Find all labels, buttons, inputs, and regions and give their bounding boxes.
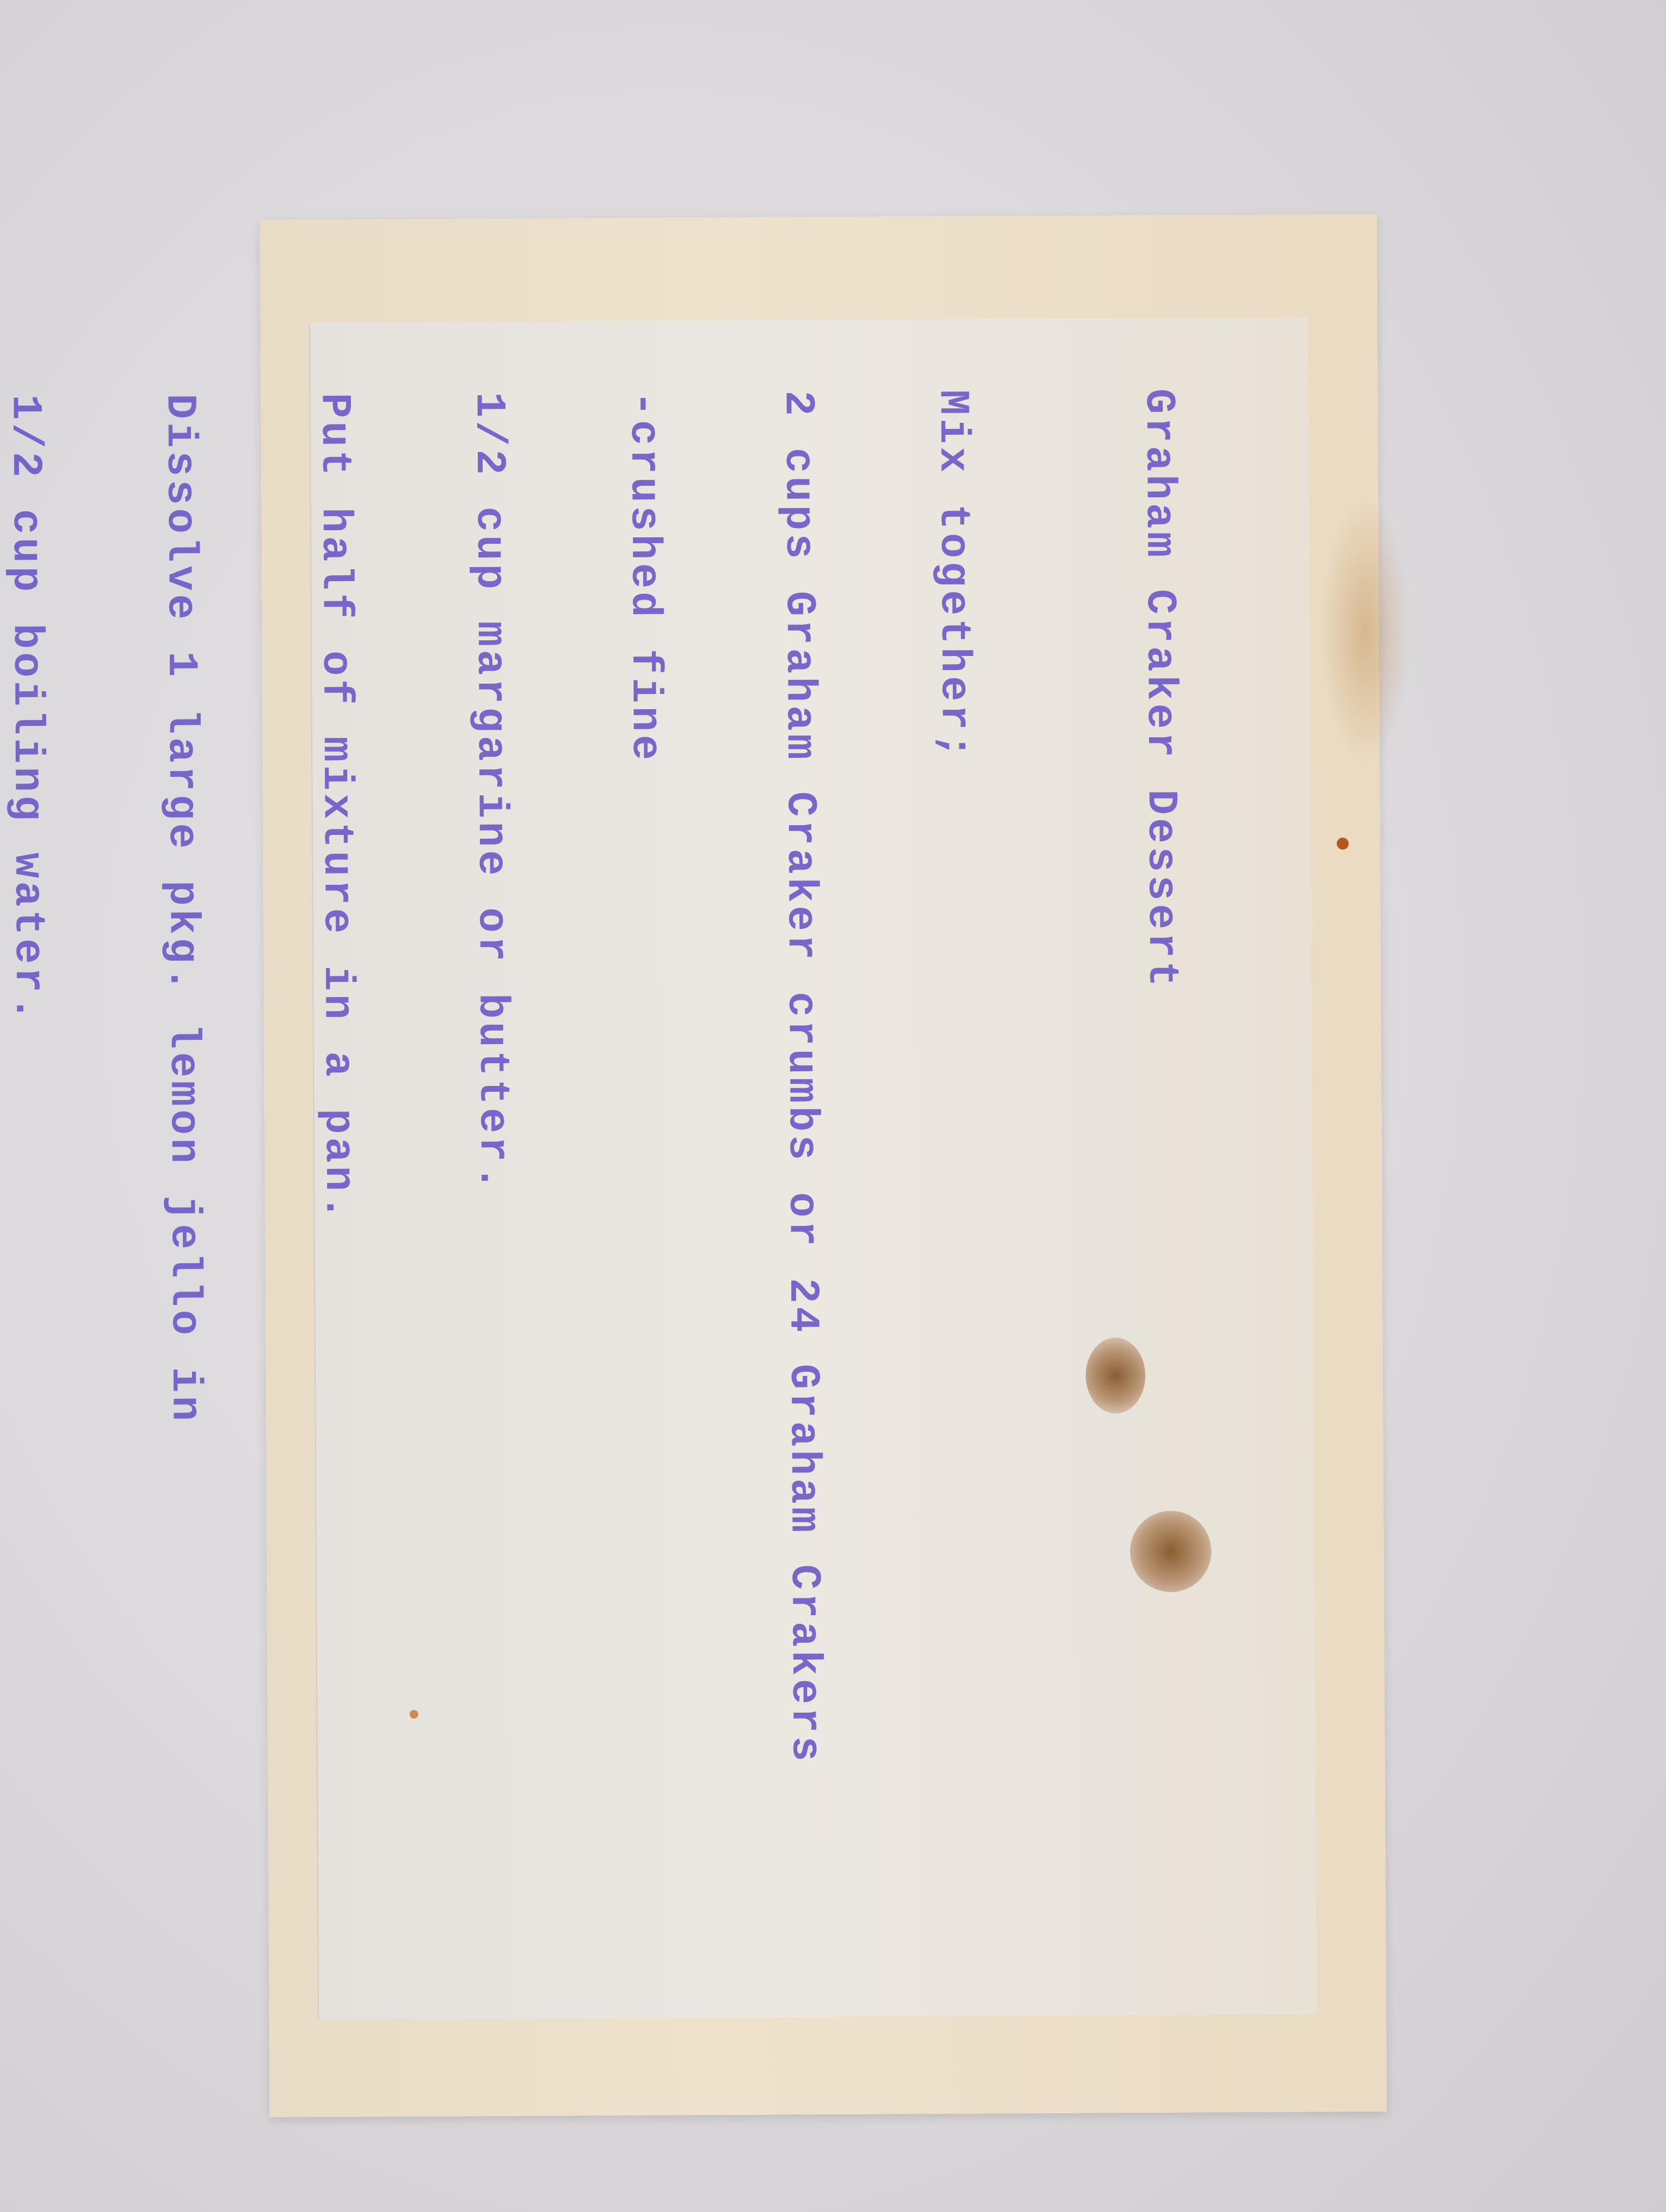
recipe-line: Put half of mixture in a pan. (308, 393, 368, 2100)
recipe-line: -crushed fine (617, 391, 677, 2099)
recipe-line: 1/2 cup margarine or butter. (463, 392, 523, 2100)
recipe-line: Mix together; (926, 389, 986, 2097)
typed-paper-slip: Graham Craker Dessert Mix together; 2 cu… (309, 317, 1317, 2020)
water-stain (1319, 496, 1413, 767)
recipe-line: 2 cups Graham Craker crumbs or 24 Graham… (772, 390, 832, 2098)
recipe-line: 1/2 cup boiling water. (0, 394, 59, 2102)
recipe-text: Graham Craker Dessert Mix together; 2 cu… (365, 388, 1296, 2101)
recipe-card: Graham Craker Dessert Mix together; 2 cu… (260, 214, 1387, 2118)
recipe-title: Graham Craker Dessert (1132, 389, 1193, 2097)
recipe-line: Dissolve 1 large pkg. lemon jello in (153, 394, 214, 2101)
rust-spot (1337, 838, 1349, 850)
